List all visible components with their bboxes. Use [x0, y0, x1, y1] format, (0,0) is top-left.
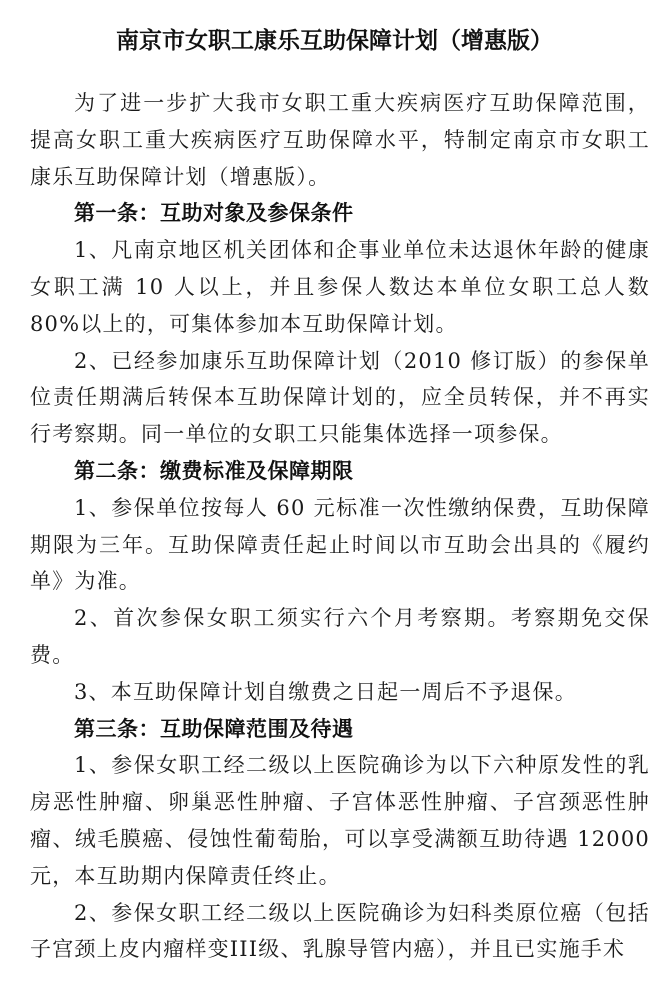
intro-paragraph: 为了进一步扩大我市女职工重大疾病医疗互助保障范围，提高女职工重大疾病医疗互助保障…: [30, 85, 650, 195]
section-1-heading: 第一条：互助对象及参保条件: [30, 195, 650, 232]
document-title: 南京市女职工康乐互助保障计划（增惠版）: [0, 22, 669, 55]
document-body: 为了进一步扩大我市女职工重大疾病医疗互助保障范围，提高女职工重大疾病医疗互助保障…: [30, 85, 650, 968]
section-3-paragraph-2: 2、参保女职工经二级以上医院确诊为妇科类原位癌（包括子宫颈上皮内瘤样变III级、…: [30, 895, 650, 969]
section-2-paragraph-3: 3、本互助保障计划自缴费之日起一周后不予退保。: [30, 674, 650, 711]
section-2-heading: 第二条：缴费标准及保障期限: [30, 453, 650, 490]
section-1-paragraph-2: 2、已经参加康乐互助保障计划（2010 修订版）的参保单位责任期满后转保本互助保…: [30, 343, 650, 453]
section-2-paragraph-1: 1、参保单位按每人 60 元标准一次性缴纳保费，互助保障期限为三年。互助保障责任…: [30, 490, 650, 600]
section-3-heading: 第三条：互助保障范围及待遇: [30, 711, 650, 748]
section-1-paragraph-1: 1、凡南京地区机关团体和企事业单位未达退休年龄的健康女职工满 10 人以上，并且…: [30, 232, 650, 342]
section-3-paragraph-1: 1、参保女职工经二级以上医院确诊为以下六种原发性的乳房恶性肿瘤、卵巢恶性肿瘤、子…: [30, 747, 650, 894]
section-2-paragraph-2: 2、首次参保女职工须实行六个月考察期。考察期免交保费。: [30, 600, 650, 674]
